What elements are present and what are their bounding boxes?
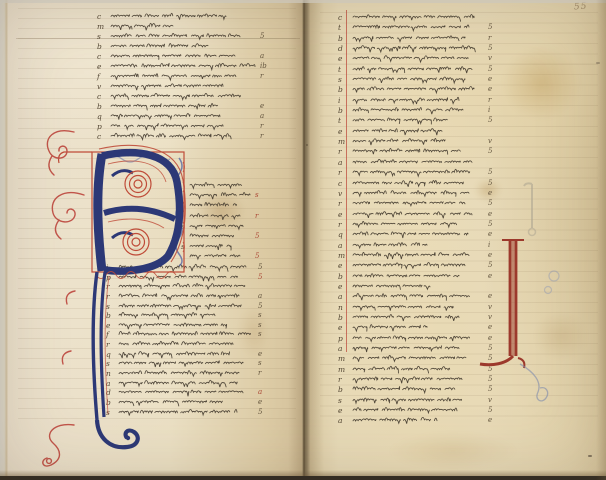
show-through-mark: [524, 183, 532, 228]
line-end-mark: 5: [255, 252, 259, 261]
line-end-mark: e: [488, 75, 492, 84]
page-edge-left: [0, 0, 8, 480]
margin-letter: d: [338, 44, 343, 53]
margin-letter: b: [338, 34, 343, 43]
margin-letter: i: [338, 96, 340, 105]
margin-letter: m: [338, 354, 345, 363]
margin-letter: t: [338, 65, 341, 74]
line-end-mark: e: [488, 85, 492, 94]
line-end-mark: a: [260, 52, 264, 61]
line-end-mark: 5: [488, 23, 492, 32]
line-end-mark: e: [488, 416, 492, 425]
photo-edge-right: [596, 0, 606, 480]
margin-letter: t: [338, 23, 341, 32]
margin-red-bracket-art: [476, 178, 572, 414]
line-end-mark: 5: [255, 232, 259, 241]
margin-letter: e: [338, 127, 342, 136]
line-end-mark: 5: [488, 116, 492, 125]
line-end-mark: a: [258, 292, 262, 301]
margin-letter: v: [338, 189, 342, 198]
margin-letter: a: [338, 344, 342, 353]
photo-edge-top: [0, 0, 606, 3]
margin-letter: p: [338, 334, 343, 343]
line-end-mark: a: [258, 388, 262, 397]
gutter-line: [303, 0, 305, 480]
margin-letter: v: [97, 82, 101, 91]
line-end-mark: 5: [488, 44, 492, 53]
margin-letter: c: [338, 179, 342, 188]
red-pen-flourishes: [43, 131, 84, 466]
photo-edge-bottom: [0, 476, 606, 480]
right-index-list: ct5brd5evt5sebeirbit5emvr5ar5c5ver5eer5q…: [352, 13, 489, 427]
margin-letter: e: [338, 406, 342, 415]
left-top-index-list: cms5bcaeibfrvcbeqaprcr: [110, 12, 260, 142]
line-end-mark: s: [258, 311, 262, 320]
margin-letter: c: [97, 52, 101, 61]
margin-letter: m: [338, 251, 345, 260]
line-end-mark: s: [258, 321, 262, 330]
line-end-mark: 5: [488, 147, 492, 156]
margin-letter: s: [97, 32, 101, 41]
script-line-art: [352, 414, 442, 426]
margin-letter: m: [97, 22, 104, 31]
margin-letter: a: [338, 241, 342, 250]
parchment-stain: [388, 432, 518, 470]
margin-letter: s: [338, 75, 342, 84]
margin-letter: q: [338, 230, 343, 239]
margin-letter: t: [338, 116, 341, 125]
line-end-mark: r: [260, 72, 263, 81]
blue-pen-trial: [549, 271, 559, 281]
margin-letter: n: [338, 303, 343, 312]
margin-letter: e: [338, 323, 342, 332]
initial-descender: [93, 272, 97, 420]
right-page: 55 ct5brd5evt5sebeirbit5emvr5ar5c5ver5ee…: [302, 0, 606, 480]
dirt-speck: [588, 455, 592, 457]
red-bracket: [480, 240, 524, 368]
line-end-mark: 5: [488, 168, 492, 177]
margin-letter: r: [338, 375, 342, 384]
line-end-mark: r: [488, 34, 491, 43]
margin-letter: b: [338, 272, 343, 281]
margin-letter: q: [97, 112, 102, 121]
margin-letter: a: [338, 416, 342, 425]
margin-letter: b: [338, 385, 343, 394]
line-end-mark: s: [258, 359, 262, 368]
margin-letter: e: [338, 54, 342, 63]
line-end-mark: 5: [258, 302, 262, 311]
line-end-mark: r: [260, 132, 263, 141]
margin-letter: c: [97, 92, 101, 101]
margin-letter: b: [338, 313, 343, 322]
line-end-mark: v: [488, 137, 492, 146]
margin-letter: r: [338, 147, 342, 156]
line-end-mark: v: [488, 54, 492, 63]
line-end-mark: a: [260, 112, 264, 121]
margin-letter: f: [97, 72, 100, 81]
margin-letter: a: [338, 158, 342, 167]
line-end-mark: e: [258, 398, 262, 407]
text-line: ae: [352, 416, 489, 426]
line-end-mark: e: [260, 102, 264, 111]
margin-letter: e: [338, 261, 342, 270]
line-end-mark: r: [258, 369, 261, 378]
margin-letter: a: [338, 292, 342, 301]
dirt-speck: [306, 144, 308, 146]
margin-letter: c: [97, 12, 101, 21]
margin-letter: b: [97, 42, 102, 51]
line-end-mark: i: [488, 106, 490, 115]
line-end-mark: s: [255, 191, 259, 200]
margin-letter: r: [338, 220, 342, 229]
line-end-mark: 5: [258, 408, 262, 417]
left-page: cms5bcaeibfrvcbeqaprcr srs5s5 i5p5rras5b…: [6, 0, 302, 480]
margin-letter: c: [338, 13, 342, 22]
margin-letter: m: [338, 137, 345, 146]
margin-letter: e: [338, 210, 342, 219]
margin-letter: e: [97, 62, 101, 71]
margin-letter: e: [338, 282, 342, 291]
red-ruling-line: [346, 10, 347, 352]
margin-letter: r: [338, 199, 342, 208]
manuscript-photo: cms5bcaeibfrvcbeqaprcr srs5s5 i5p5rras5b…: [0, 0, 606, 480]
margin-letter: r: [338, 168, 342, 177]
illuminated-initial-p: [38, 124, 190, 472]
line-end-mark: 5: [258, 263, 262, 272]
left-side-index-list: srs5s5: [189, 181, 255, 263]
line-end-mark: e: [258, 350, 262, 359]
margin-letter: s: [338, 396, 342, 405]
blue-pen-trial: [520, 364, 548, 401]
line-end-mark: s: [258, 330, 262, 339]
line-end-mark: 5: [488, 65, 492, 74]
line-end-mark: r: [488, 96, 491, 105]
line-end-mark: r: [260, 122, 263, 131]
margin-letter: b: [338, 106, 343, 115]
parchment-stain: [502, 46, 582, 120]
line-end-mark: ib: [260, 62, 267, 71]
line-end-mark: r: [255, 212, 258, 221]
line-end-mark: 5: [258, 273, 262, 282]
line-end-mark: 5: [260, 32, 264, 41]
margin-letter: b: [97, 102, 102, 111]
folio-number: 55: [574, 2, 588, 13]
margin-letter: m: [338, 365, 345, 374]
margin-letter: b: [338, 85, 343, 94]
